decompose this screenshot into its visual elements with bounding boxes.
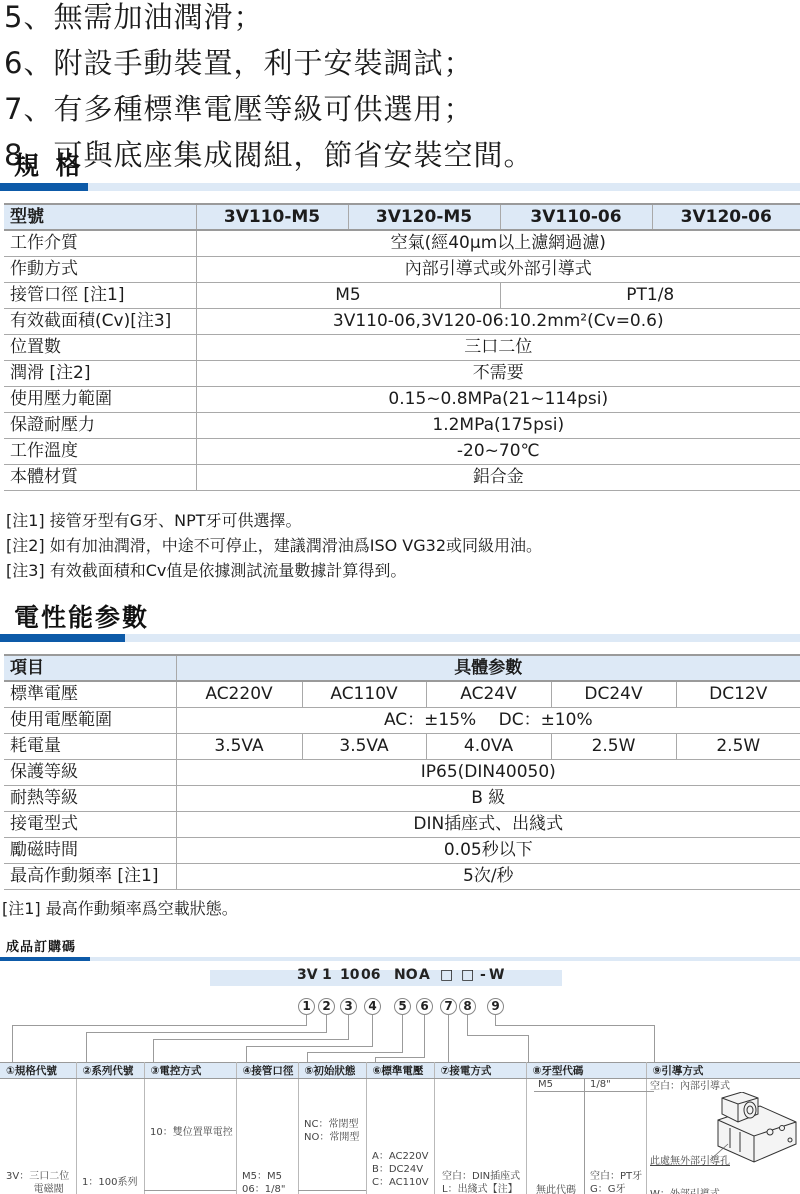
spec-header-label: 型號 bbox=[4, 204, 196, 230]
spec-row: 使用壓力範圍0.15~0.8MPa(21~114psi) bbox=[4, 386, 800, 412]
spec-row-value: M5 bbox=[196, 282, 500, 308]
electrical-header-label: 項目 bbox=[4, 655, 176, 681]
spec-row-label: 作動方式 bbox=[4, 256, 196, 282]
electrical-row-value: AC：±15% DC：±10% bbox=[176, 707, 800, 733]
note-item: [注2] 如有加油潤滑，中途不可停止，建議潤滑油爲ISO VG32或同級用油。 bbox=[6, 533, 542, 558]
electrical-section-divider bbox=[0, 634, 800, 642]
spec-row-value: 不需要 bbox=[196, 360, 800, 386]
spec-header-row: 型號 3V110-M5 3V120-M5 3V110-06 3V120-06 bbox=[4, 204, 800, 230]
number-circle: 6 bbox=[416, 998, 433, 1015]
electrical-row-value: AC24V bbox=[426, 681, 551, 707]
spec-model-col: 3V110-06 bbox=[500, 204, 652, 230]
electrical-row: 勵磁時間0.05秒以下 bbox=[4, 837, 800, 863]
spec-row-label: 潤滑 [注2] bbox=[4, 360, 196, 386]
control-divider bbox=[144, 1190, 236, 1191]
spec-row: 位置數三口二位 bbox=[4, 334, 800, 360]
note-item: [注1] 接管牙型有G牙、NPT牙可供選擇。 bbox=[6, 508, 542, 533]
spec-row-label: 工作介質 bbox=[4, 230, 196, 256]
thread-sub-divider-v bbox=[584, 1078, 585, 1194]
code-part: - bbox=[480, 967, 486, 983]
spec-row-label: 有效截面積(Cv)[注3] bbox=[4, 308, 196, 334]
state-divider bbox=[298, 1190, 366, 1191]
spec-row-label: 位置數 bbox=[4, 334, 196, 360]
code-part: □ bbox=[461, 967, 474, 983]
electrical-row: 標準電壓 AC220V AC110V AC24V DC24V DC12V bbox=[4, 681, 800, 707]
electrical-row: 保護等級IP65(DIN40050) bbox=[4, 759, 800, 785]
electrical-row-value: 0.05秒以下 bbox=[176, 837, 800, 863]
spec-row-value: 鋁合金 bbox=[196, 464, 800, 490]
order-col-header: ②系列代號 bbox=[76, 1063, 144, 1079]
order-col-header: ⑨引導方式 bbox=[646, 1063, 800, 1079]
order-col-header: ③電控方式 bbox=[144, 1063, 236, 1079]
order-control-type: 10：雙位置單電控 bbox=[150, 1126, 233, 1139]
order-connection: 空白：DIN插座式 L：出綫式【注】 bbox=[442, 1170, 520, 1194]
order-col-header: ⑥標準電壓 bbox=[366, 1063, 434, 1079]
electrical-row-value: 3.5VA bbox=[302, 733, 426, 759]
electrical-row-value: DIN插座式、出綫式 bbox=[176, 811, 800, 837]
code-part: 1 bbox=[322, 967, 332, 983]
order-initial-state: NC：常閉型 NO：常開型 bbox=[304, 1118, 359, 1144]
electrical-row-value: 4.0VA bbox=[426, 733, 551, 759]
electrical-row-label: 耗電量 bbox=[4, 733, 176, 759]
order-col-header: ①規格代號 bbox=[0, 1063, 76, 1079]
code-part: A bbox=[419, 967, 430, 983]
order-thread-m5: 無此代碼 bbox=[536, 1184, 576, 1194]
code-part: NO bbox=[394, 967, 418, 983]
code-part: □ bbox=[440, 967, 453, 983]
electrical-row-label: 最高作動頻率 [注1] bbox=[4, 863, 176, 889]
electrical-row-label: 耐熱等級 bbox=[4, 785, 176, 811]
electrical-row-value: B 級 bbox=[176, 785, 800, 811]
spec-row-value: -20~70℃ bbox=[196, 438, 800, 464]
thread-sub-header-m5: M5 bbox=[538, 1078, 553, 1091]
note-item: [注1] 最高作動頻率爲空載狀態。 bbox=[2, 896, 238, 921]
spec-row: 作動方式內部引導式或外部引導式 bbox=[4, 256, 800, 282]
electrical-row: 最高作動頻率 [注1]5次/秒 bbox=[4, 863, 800, 889]
electrical-table: 項目 具體参數 標準電壓 AC220V AC110V AC24V DC24V D… bbox=[4, 654, 800, 890]
spec-row: 有效截面積(Cv)[注3]3V110-06,3V120-06:10.2mm²(C… bbox=[4, 308, 800, 334]
number-circle: 7 bbox=[440, 998, 457, 1015]
electrical-row-label: 標準電壓 bbox=[4, 681, 176, 707]
spec-row-label: 本體材質 bbox=[4, 464, 196, 490]
thread-sub-divider-h bbox=[534, 1091, 654, 1092]
number-circle: 3 bbox=[340, 998, 357, 1015]
electrical-row-label: 使用電壓範圍 bbox=[4, 707, 176, 733]
feature-item: 7、有多種標準電壓等級可供選用； bbox=[4, 86, 533, 132]
spec-row-label: 工作溫度 bbox=[4, 438, 196, 464]
feature-item: 5、無需加油潤滑； bbox=[4, 0, 533, 40]
spec-row-value: 3V110-06,3V120-06:10.2mm²(Cv=0.6) bbox=[196, 308, 800, 334]
ordering-section-divider bbox=[0, 957, 800, 961]
code-part: 3V bbox=[297, 967, 318, 983]
ordering-header-row: ①規格代號 ②系列代號 ③電控方式 ④接管口徑 ⑤初始狀態 ⑥標準電壓 ⑦接電方… bbox=[0, 1063, 800, 1079]
electrical-row-value: DC24V bbox=[551, 681, 676, 707]
number-circle: 9 bbox=[487, 998, 504, 1015]
thread-sub-header-18: 1/8" bbox=[590, 1078, 611, 1091]
spec-row-value: PT1/8 bbox=[500, 282, 800, 308]
electrical-row-value: 2.5W bbox=[551, 733, 676, 759]
spec-row-label: 保證耐壓力 bbox=[4, 412, 196, 438]
electrical-row-label: 保護等級 bbox=[4, 759, 176, 785]
electrical-row-value: 5次/秒 bbox=[176, 863, 800, 889]
spec-model-col: 3V110-M5 bbox=[196, 204, 348, 230]
electrical-header-row: 項目 具體参數 bbox=[4, 655, 800, 681]
spec-row-value: 0.15~0.8MPa(21~114psi) bbox=[196, 386, 800, 412]
electrical-row-value: DC12V bbox=[676, 681, 800, 707]
spec-row: 保證耐壓力1.2MPa(175psi) bbox=[4, 412, 800, 438]
code-part: W bbox=[489, 967, 504, 983]
electrical-row-value: 2.5W bbox=[676, 733, 800, 759]
number-circle: 1 bbox=[298, 998, 315, 1015]
feature-item: 6、附設手動裝置，利于安裝調試； bbox=[4, 40, 533, 86]
electrical-row: 接電型式DIN插座式、出綫式 bbox=[4, 811, 800, 837]
order-voltage: A：AC220V B：DC24V C：AC110V bbox=[372, 1150, 429, 1189]
note-item: [注3] 有效截面積和Cv值是依據測試流量數據計算得到。 bbox=[6, 558, 542, 583]
spec-table: 型號 3V110-M5 3V120-M5 3V110-06 3V120-06 工… bbox=[4, 203, 800, 491]
spec-model-col: 3V120-06 bbox=[652, 204, 800, 230]
spec-row: 接管口徑 [注1]M5PT1/8 bbox=[4, 282, 800, 308]
spec-row: 工作介質空氣(經40μm以上濾網過濾) bbox=[4, 230, 800, 256]
spec-row: 潤滑 [注2]不需要 bbox=[4, 360, 800, 386]
electrical-row-value: AC110V bbox=[302, 681, 426, 707]
spec-section-title: 規 格 bbox=[14, 146, 85, 182]
electrical-row: 耐熱等級B 級 bbox=[4, 785, 800, 811]
spec-row-value: 內部引導式或外部引導式 bbox=[196, 256, 800, 282]
spec-row-value: 空氣(經40μm以上濾網過濾) bbox=[196, 230, 800, 256]
electrical-section-title: 電性能参數 bbox=[14, 598, 149, 634]
order-col-header: ⑤初始狀態 bbox=[298, 1063, 366, 1079]
number-circle: 2 bbox=[318, 998, 335, 1015]
ordering-section-title: 成品訂購碼 bbox=[6, 936, 76, 955]
electrical-notes: [注1] 最高作動頻率爲空載狀態。 bbox=[2, 896, 238, 921]
spec-row-value: 1.2MPa(175psi) bbox=[196, 412, 800, 438]
spec-notes: [注1] 接管牙型有G牙、NPT牙可供選擇。 [注2] 如有加油潤滑，中途不可停… bbox=[6, 508, 542, 583]
spec-row-label: 使用壓力範圍 bbox=[4, 386, 196, 412]
spec-row: 本體材質鋁合金 bbox=[4, 464, 800, 490]
electrical-row-label: 勵磁時間 bbox=[4, 837, 176, 863]
number-circle: 8 bbox=[459, 998, 476, 1015]
order-pilot-external: W：外部引導式 bbox=[650, 1188, 720, 1194]
electrical-row-value: IP65(DIN40050) bbox=[176, 759, 800, 785]
electrical-row-value: 3.5VA bbox=[176, 733, 302, 759]
order-series-code: 1：100系列 bbox=[82, 1176, 137, 1189]
order-col-header: ⑧牙型代碼 bbox=[526, 1063, 646, 1079]
spec-section-divider bbox=[0, 183, 800, 191]
code-part: 06 bbox=[361, 967, 380, 983]
electrical-header-value: 具體参數 bbox=[176, 655, 800, 681]
spec-row-label: 接管口徑 [注1] bbox=[4, 282, 196, 308]
order-col-header: ⑦接電方式 bbox=[434, 1063, 526, 1079]
electrical-row-value: AC220V bbox=[176, 681, 302, 707]
order-col-header: ④接管口徑 bbox=[236, 1063, 298, 1079]
number-circle: 4 bbox=[364, 998, 381, 1015]
spec-row-value: 三口二位 bbox=[196, 334, 800, 360]
code-part: 10 bbox=[340, 967, 359, 983]
order-thread-18: 空白：PT牙 G：G牙 bbox=[590, 1170, 642, 1194]
spec-row: 工作溫度-20~70℃ bbox=[4, 438, 800, 464]
solenoid-valve-illustration bbox=[700, 1092, 800, 1172]
spec-model-col: 3V120-M5 bbox=[348, 204, 500, 230]
order-code-bar bbox=[210, 970, 562, 986]
electrical-row: 耗電量 3.5VA 3.5VA 4.0VA 2.5W 2.5W bbox=[4, 733, 800, 759]
order-port-size: M5：M5 06：1/8" bbox=[242, 1170, 285, 1194]
electrical-row: 使用電壓範圍AC：±15% DC：±10% bbox=[4, 707, 800, 733]
electrical-row-label: 接電型式 bbox=[4, 811, 176, 837]
number-circle: 5 bbox=[394, 998, 411, 1015]
order-spec-code: 3V：三口二位 電磁閥 bbox=[6, 1170, 69, 1194]
